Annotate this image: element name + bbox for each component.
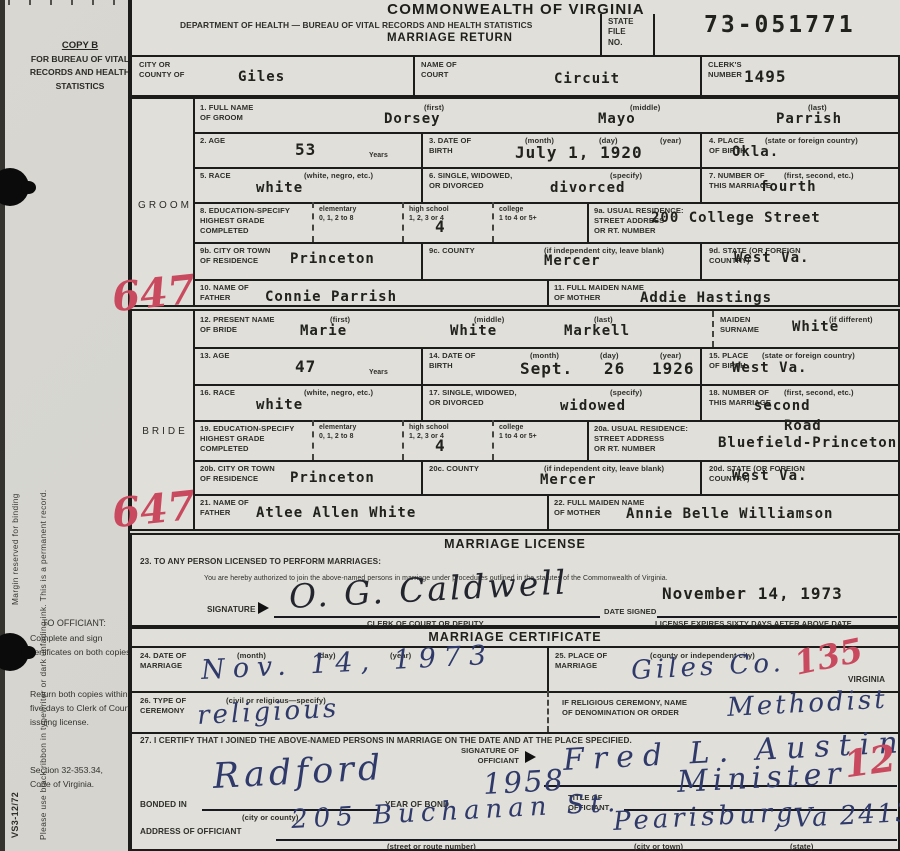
bride-res-state-value: West Va. [732,469,807,484]
bride-dob-label: 14. DATE OF BIRTH [429,351,476,371]
form-name: MARRIAGE RETURN [387,32,513,44]
groom-status-label: 6. SINGLE, WIDOWED, OR DIVORCED [429,171,512,191]
cert-certify-statement: 27. I CERTIFY THAT I JOINED THE ABOVE-NA… [140,736,632,747]
license-addressee: 23. TO ANY PERSON LICENSED TO PERFORM MA… [140,557,381,568]
page-left-edge [0,0,5,851]
officiant-address-street: 205 Buchanan St. [290,788,621,835]
bride-father-value: Atlee Allen White [256,506,416,521]
groom-marriage-no-value: fourth [760,180,817,195]
copy-b-label: COPY B [30,40,130,51]
bonded-in-label: BONDED IN [140,800,187,811]
punch-hole-bottom [0,633,29,671]
bride-dob-day: 26 [604,360,625,378]
bride-years-hint: Years [369,369,388,378]
groom-res-city-label: 9b. CITY OR TOWN OF RESIDENCE [200,246,271,266]
bride-res-city-value: Princeton [290,471,375,486]
groom-first-name: Dorsey [384,112,441,127]
bride-marriage-no-value: second [754,399,811,414]
margin-binding-note: Margin reserved for binding [10,275,20,605]
license-signature-label: SIGNATURE [207,605,256,616]
groom-race-value: white [256,181,303,196]
groom-years-hint: Years [369,152,388,161]
form-left-border [128,0,130,851]
groom-res-county-value: Mercer [544,254,601,269]
bride-race-label: 16. RACE [200,388,235,398]
groom-race-label: 5. RACE [200,171,231,181]
bride-edu-college: college 1 to 4 or 5+ [499,424,537,442]
groom-dob-label: 3. DATE OF BIRTH [429,136,471,156]
officiant-stamp: 12 [841,736,898,787]
address-street-hint: (street or route number) [387,842,476,851]
clerk-signature: O. G. Caldwell [288,562,569,616]
bride-section-label: BRIDE [138,426,192,437]
certificate-title: MARRIAGE CERTIFICATE [132,630,898,644]
form-code: VS3-12/72 [10,733,20,838]
bride-res-county-label: 20c. COUNTY [429,464,479,474]
groom-name-label: 1. FULL NAME OF GROOM [200,103,253,123]
state-file-number: 73-051771 [704,13,856,38]
groom-res-state-value: West Va. [734,251,809,266]
bonded-in-value: Radford [212,748,385,797]
date-signed-value: November 14, 1973 [662,585,843,603]
marriage-certificate-section: MARRIAGE CERTIFICATE 24. DATE OF MARRIAG… [130,627,900,851]
bride-residence-label: 20a. USUAL RESIDENCE: STREET ADDRESS OR … [594,424,688,454]
cert-date-label: 24. DATE OF MARRIAGE [140,651,187,671]
bride-section: BRIDE 12. PRESENT NAME OF BRIDE (first) … [130,309,900,531]
officiant-title-value: Minister [676,756,846,800]
bride-status-hint: (specify) [610,388,642,398]
department-line: DEPARTMENT OF HEALTH — BUREAU OF VITAL R… [180,20,533,31]
cert-place-label: 25. PLACE OF MARRIAGE [555,651,607,671]
officiant-address-city: Pearisburg [612,797,797,837]
cert-ceremony-label: 26. TYPE OF CEREMONY [140,696,186,716]
address-state-hint: (state) [790,842,814,851]
bride-residence-line1: Road [784,419,822,434]
form-header: COMMONWEALTH OF VIRGINIA DEPARTMENT OF H… [130,0,900,55]
bride-edu-value: 4 [435,437,446,455]
bride-middle-name: White [450,324,497,339]
groom-education-label: 8. EDUCATION-SPECIFY HIGHEST GRADE COMPL… [200,206,290,236]
bride-pob-value: West Va. [732,361,807,376]
court-name-label: NAME OF COURT [421,60,457,80]
bride-race-hint: (white, negro, etc.) [304,388,373,398]
groom-father-label: 10. NAME OF FATHER [200,283,249,303]
groom-mother-label: 11. FULL MAIDEN NAME OF MOTHER [554,283,644,303]
court-name-value: Circuit [554,72,620,87]
bride-first-name: Marie [300,324,347,339]
bride-res-county-value: Mercer [540,473,597,488]
signature-pointer-icon [258,602,269,614]
bride-edu-elementary: elementary 0, 1, 2 to 8 [319,424,356,442]
bride-age-value: 47 [295,358,316,376]
marriage-return-document: Margin reserved for binding Please use b… [0,0,900,851]
officiant-signature-label: SIGNATURE OF OFFICIANT [457,746,519,766]
cert-denomination-label: IF RELIGIOUS CEREMONY, NAME OF DENOMINAT… [562,698,687,718]
bride-status-value: widowed [560,399,626,414]
groom-residence-street: 200 College Street [651,211,821,226]
groom-last-name: Parrish [776,112,842,127]
bride-margin-number: 647 [110,482,198,537]
groom-race-hint: (white, negro, etc.) [304,171,373,181]
groom-status-value: divorced [550,181,625,196]
officiant-signature-pointer-icon [525,751,536,763]
groom-section: GROOM 1. FULL NAME OF GROOM (first) (mid… [130,97,900,307]
groom-age-value: 53 [295,141,316,159]
groom-father-value: Connie Parrish [265,290,397,305]
officiant-address-label: ADDRESS OF OFFICIANT [140,827,242,838]
groom-age-label: 2. AGE [200,136,225,146]
date-signed-label: DATE SIGNED [604,607,656,617]
bride-last-name: Markell [564,324,630,339]
bride-maiden-label: MAIDEN SURNAME [720,315,759,335]
groom-mother-value: Addie Hastings [640,291,772,306]
bride-age-label: 13. AGE [200,351,230,361]
groom-pob-value: Okla. [732,145,779,160]
groom-dob-value: July 1, 1920 [515,144,643,162]
license-title: MARRIAGE LICENSE [132,537,898,551]
to-officiant-line1: Complete and sign certificates on both c… [30,632,134,660]
bride-mother-value: Annie Belle Williamson [626,507,833,522]
bride-res-city-label: 20b. CITY OR TOWN OF RESIDENCE [200,464,275,484]
bride-father-label: 21. NAME OF FATHER [200,498,249,518]
code-of-virginia-ref: Section 32-353.34, Code of Virginia. [30,764,134,792]
groom-dob-year-hint: (year) [660,136,681,146]
city-county-value: Giles [238,70,285,85]
state-file-label: STATE FILE NO. [608,17,634,48]
bride-status-label: 17. SINGLE, WIDOWED, OR DIVORCED [429,388,517,408]
groom-edu-value: 4 [435,218,446,236]
groom-edu-college: college 1 to 4 or 5+ [499,206,537,224]
cert-ceremony-value: religious [196,694,340,731]
groom-edu-elementary: elementary 0, 1, 2 to 8 [319,206,356,224]
bride-maiden-value: White [792,320,839,335]
bride-race-value: white [256,398,303,413]
groom-res-city-value: Princeton [290,252,375,267]
copy-b-for-text: FOR BUREAU OF VITAL RECORDS AND HEALTH S… [26,53,134,93]
groom-res-county-label: 9c. COUNTY [429,246,475,256]
groom-section-label: GROOM [138,200,192,211]
groom-margin-number: 647 [110,266,198,321]
city-county-label: CITY OR COUNTY OF [139,60,184,80]
address-city-hint: (city or town) [634,842,683,851]
to-officiant-title: TO OFFICIANT: [42,618,134,628]
clerk-number-value: 1495 [744,68,787,86]
to-officiant-line2: Return both copies within five days to C… [30,688,134,730]
bride-dob-month: Sept. [520,360,573,378]
clerk-number-label: CLERK'S NUMBER [708,60,742,80]
bride-residence-line2: Bluefield-Princeton [718,436,897,451]
bride-dob-year: 1926 [652,360,695,378]
groom-middle-name: Mayo [598,112,636,127]
court-row: CITY OR COUNTY OF Giles NAME OF COURT Ci… [130,55,900,97]
marriage-license-section: MARRIAGE LICENSE 23. TO ANY PERSON LICEN… [130,533,900,627]
bride-marriage-no-hint: (first, second, etc.) [784,388,854,398]
bride-education-label: 19. EDUCATION-SPECIFY HIGHEST GRADE COMP… [200,424,294,454]
punch-hole-top [0,168,29,206]
bride-name-label: 12. PRESENT NAME OF BRIDE [200,315,275,335]
